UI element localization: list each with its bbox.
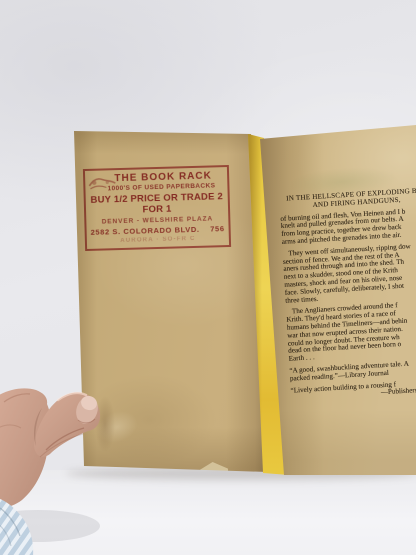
paragraph-2: They went off simultaneously, ripping do…	[282, 239, 416, 305]
book-photo: THE BOOK RACK 1000'S OF USED PAPERBACKS …	[0, 0, 416, 555]
printed-page-text: IN THE HELLSCAPE OF EXPLODING BOMB AND F…	[279, 184, 416, 403]
paragraph-3: The Anglianers crowded around the f Krit…	[286, 297, 416, 363]
stamp-offer: BUY 1/2 PRICE OR TRADE 2 FOR 1	[88, 191, 227, 217]
hand	[0, 376, 146, 555]
stamp-location-line3-faded: AURORA · SO-FR C	[89, 235, 227, 245]
bookstore-stamp: THE BOOK RACK 1000'S OF USED PAPERBACKS …	[83, 165, 231, 251]
